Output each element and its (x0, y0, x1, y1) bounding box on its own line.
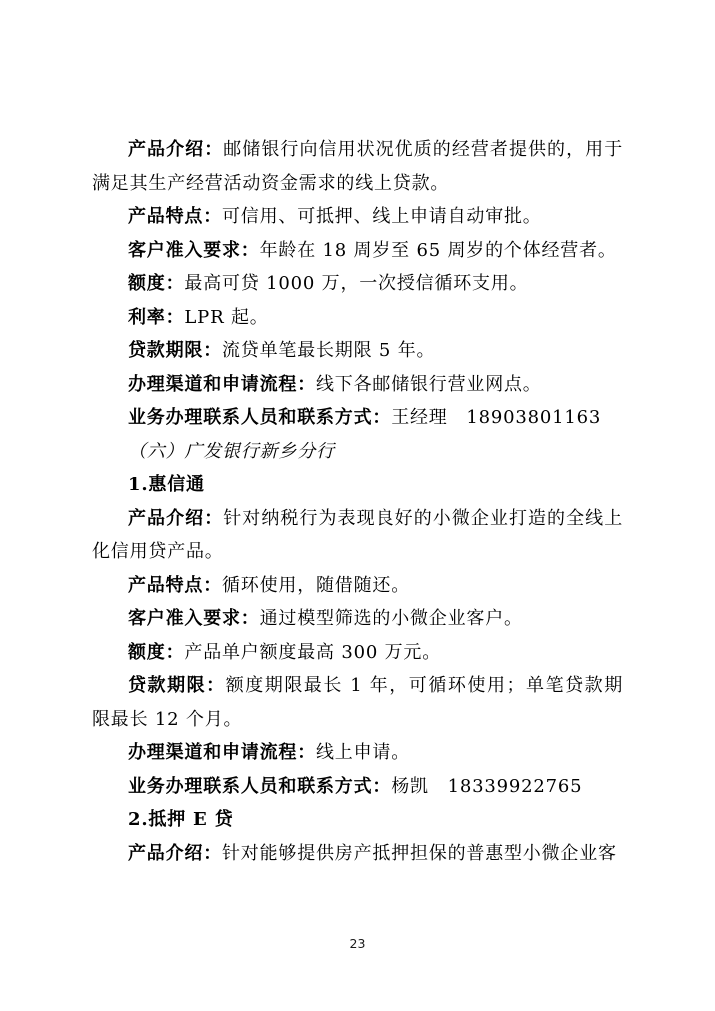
paragraph-text: 通过模型筛选的小微企业客户。 (260, 608, 523, 629)
paragraph: 办理渠道和申请流程：线下各邮储银行营业网点。 (92, 368, 623, 402)
product-heading: 2.抵押 E 贷 (92, 803, 623, 837)
paragraph-text: 循环使用，随借随还。 (222, 575, 410, 596)
paragraph: 客户准入要求：通过模型筛选的小微企业客户。 (92, 602, 623, 636)
paragraph: 利率：LPR 起。 (92, 301, 623, 335)
paragraph-label: 业务办理联系人员和联系方式： (128, 776, 391, 797)
paragraph-label: 贷款期限： (128, 675, 226, 696)
paragraph-label: 产品介绍： (128, 139, 223, 160)
paragraph-text: 流贷单笔最长期限 5 年。 (222, 340, 435, 361)
paragraph-label: 产品特点： (128, 206, 222, 227)
product-heading: 1.惠信通 (92, 468, 623, 502)
page-number: 23 (0, 936, 715, 951)
paragraph-text: 最高可贷 1000 万，一次授信循环支用。 (184, 273, 528, 294)
paragraph-text: 年龄在 18 周岁至 65 周岁的个体经营者。 (260, 240, 617, 261)
paragraph: 产品介绍：邮储银行向信用状况优质的经营者提供的，用于满足其生产经营活动资金需求的… (92, 133, 623, 200)
paragraph-label: 办理渠道和申请流程： (128, 742, 316, 763)
paragraph-text: LPR 起。 (184, 307, 268, 328)
paragraph-text: 可信用、可抵押、线上申请自动审批。 (222, 206, 542, 227)
paragraph: 业务办理联系人员和联系方式：杨凯 18339922765 (92, 770, 623, 804)
paragraph-text: 针对能够提供房产抵押担保的普惠型小微企业客 (222, 843, 617, 864)
paragraph: 额度：最高可贷 1000 万，一次授信循环支用。 (92, 267, 623, 301)
paragraph: 业务办理联系人员和联系方式：王经理 18903801163 (92, 401, 623, 435)
paragraph-label: 业务办理联系人员和联系方式： (128, 407, 391, 428)
paragraph: 产品特点：可信用、可抵押、线上申请自动审批。 (92, 200, 623, 234)
paragraph-label: 产品特点： (128, 575, 222, 596)
paragraph-label: 贷款期限： (128, 340, 222, 361)
paragraph-text: 王经理 18903801163 (391, 407, 601, 428)
paragraph-label: 产品介绍： (128, 508, 223, 529)
paragraph: 贷款期限：流贷单笔最长期限 5 年。 (92, 334, 623, 368)
paragraph-label: 客户准入要求： (128, 608, 260, 629)
paragraph-label: 产品介绍： (128, 843, 222, 864)
paragraph: 办理渠道和申请流程：线上申请。 (92, 736, 623, 770)
section-heading: （六）广发银行新乡分行 (92, 435, 623, 469)
paragraph-label: 客户准入要求： (128, 240, 260, 261)
paragraph-label: 额度： (128, 642, 184, 663)
paragraph: 产品特点：循环使用，随借随还。 (92, 569, 623, 603)
document-page: 产品介绍：邮储银行向信用状况优质的经营者提供的，用于满足其生产经营活动资金需求的… (0, 0, 715, 1011)
paragraph-text: 线下各邮储银行营业网点。 (316, 374, 542, 395)
paragraph: 额度：产品单户额度最高 300 万元。 (92, 636, 623, 670)
paragraph-text: 产品单户额度最高 300 万元。 (184, 642, 441, 663)
paragraph: 贷款期限：额度期限最长 1 年，可循环使用；单笔贷款期限最长 12 个月。 (92, 669, 623, 736)
paragraph: 客户准入要求：年龄在 18 周岁至 65 周岁的个体经营者。 (92, 234, 623, 268)
text-content: 产品介绍：邮储银行向信用状况优质的经营者提供的，用于满足其生产经营活动资金需求的… (92, 133, 623, 870)
paragraph-text: 线上申请。 (316, 742, 410, 763)
paragraph-label: 办理渠道和申请流程： (128, 374, 316, 395)
paragraph: 产品介绍：针对纳税行为表现良好的小微企业打造的全线上化信用贷产品。 (92, 502, 623, 569)
paragraph: 产品介绍：针对能够提供房产抵押担保的普惠型小微企业客 (92, 837, 623, 871)
paragraph-label: 利率： (128, 307, 184, 328)
paragraph-text: 杨凯 18339922765 (391, 776, 582, 797)
paragraph-label: 额度： (128, 273, 184, 294)
